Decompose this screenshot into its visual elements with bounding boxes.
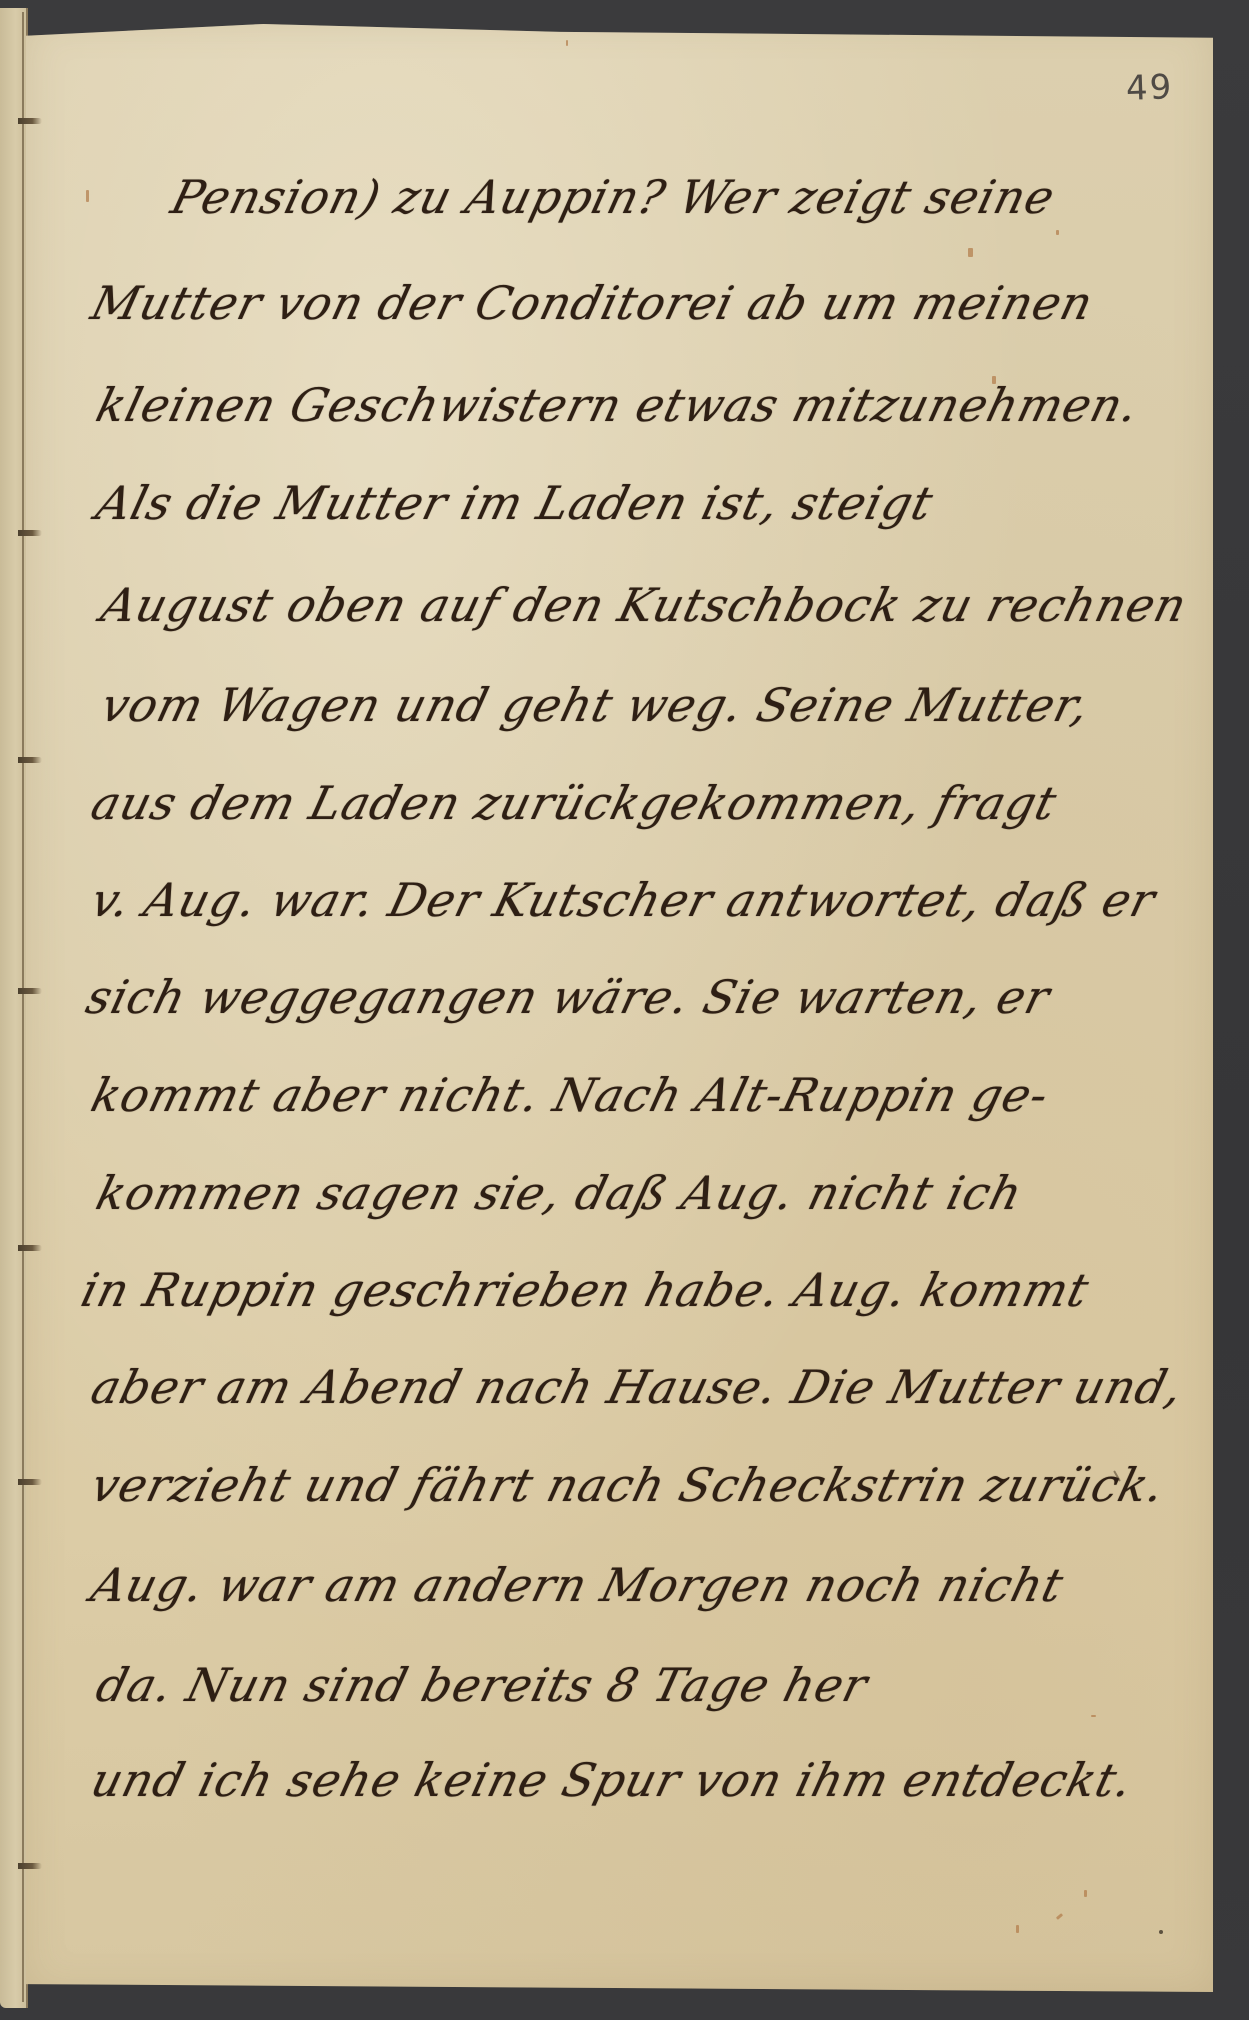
paper-fleck <box>1056 230 1059 235</box>
binding-stitch-mark <box>18 530 42 536</box>
folio-number: 49 <box>1125 67 1174 109</box>
manuscript-line: verzieht und fährt nach Scheckstrin zurü… <box>86 1458 1171 1512</box>
binding-stitch-mark <box>18 118 42 124</box>
binding-stitch-mark <box>18 1245 42 1251</box>
manuscript-line: Als die Mutter im Laden ist, steigt <box>91 476 939 530</box>
binding-gutter <box>22 12 24 2002</box>
manuscript-line: und ich sehe keine Spur von ihm entdeckt… <box>86 1753 1139 1807</box>
paper-fleck <box>86 190 89 202</box>
manuscript-line: da. Nun sind bereits 8 Tage her <box>91 1658 874 1712</box>
binding-stitch-mark <box>18 988 42 994</box>
paper-fleck <box>968 248 973 257</box>
manuscript-line: v. Aug. war. Der Kutscher antwortet, daß… <box>86 873 1161 927</box>
manuscript-line: August oben auf den Kutschbock zu rechne… <box>96 578 1193 632</box>
binding-stitch-mark <box>18 757 42 763</box>
manuscript-line: kommen sagen sie, daß Aug. nicht ich <box>91 1166 1028 1220</box>
manuscript-line: Pension) zu Auppin? Wer zeigt seine <box>166 170 1061 224</box>
paper-fleck <box>1056 1913 1063 1920</box>
manuscript-line: vom Wagen und geht weg. Seine Mutter, <box>96 678 1095 732</box>
manuscript-line: aus dem Laden zurückgekommen, fragt <box>86 776 1063 830</box>
manuscript-page: 49 Pension) zu Auppin? Wer zeigt seine M… <box>26 20 1213 1992</box>
paper-fleck <box>1016 1925 1019 1933</box>
manuscript-line: sich weggegangen wäre. Sie warten, er <box>81 970 1056 1024</box>
paper-fleck <box>1159 1930 1163 1934</box>
binding-stitch-mark <box>18 1479 42 1485</box>
manuscript-line: in Ruppin geschrieben habe. Aug. kommt <box>76 1263 1095 1317</box>
manuscript-line: kommt aber nicht. Nach Alt-Ruppin ge- <box>86 1068 1055 1122</box>
paper-fleck <box>566 40 568 46</box>
manuscript-line: Mutter von der Conditorei ab um meinen <box>86 276 1099 330</box>
paper-fleck <box>1084 1890 1087 1897</box>
manuscript-line: aber am Abend nach Hause. Die Mutter und… <box>86 1360 1189 1414</box>
paper-fleck <box>1091 1715 1096 1717</box>
binding-stitch-mark <box>18 1863 42 1869</box>
manuscript-line: Aug. war am andern Morgen noch nicht <box>86 1558 1069 1612</box>
manuscript-line: kleinen Geschwistern etwas mitzunehmen. <box>91 378 1145 432</box>
